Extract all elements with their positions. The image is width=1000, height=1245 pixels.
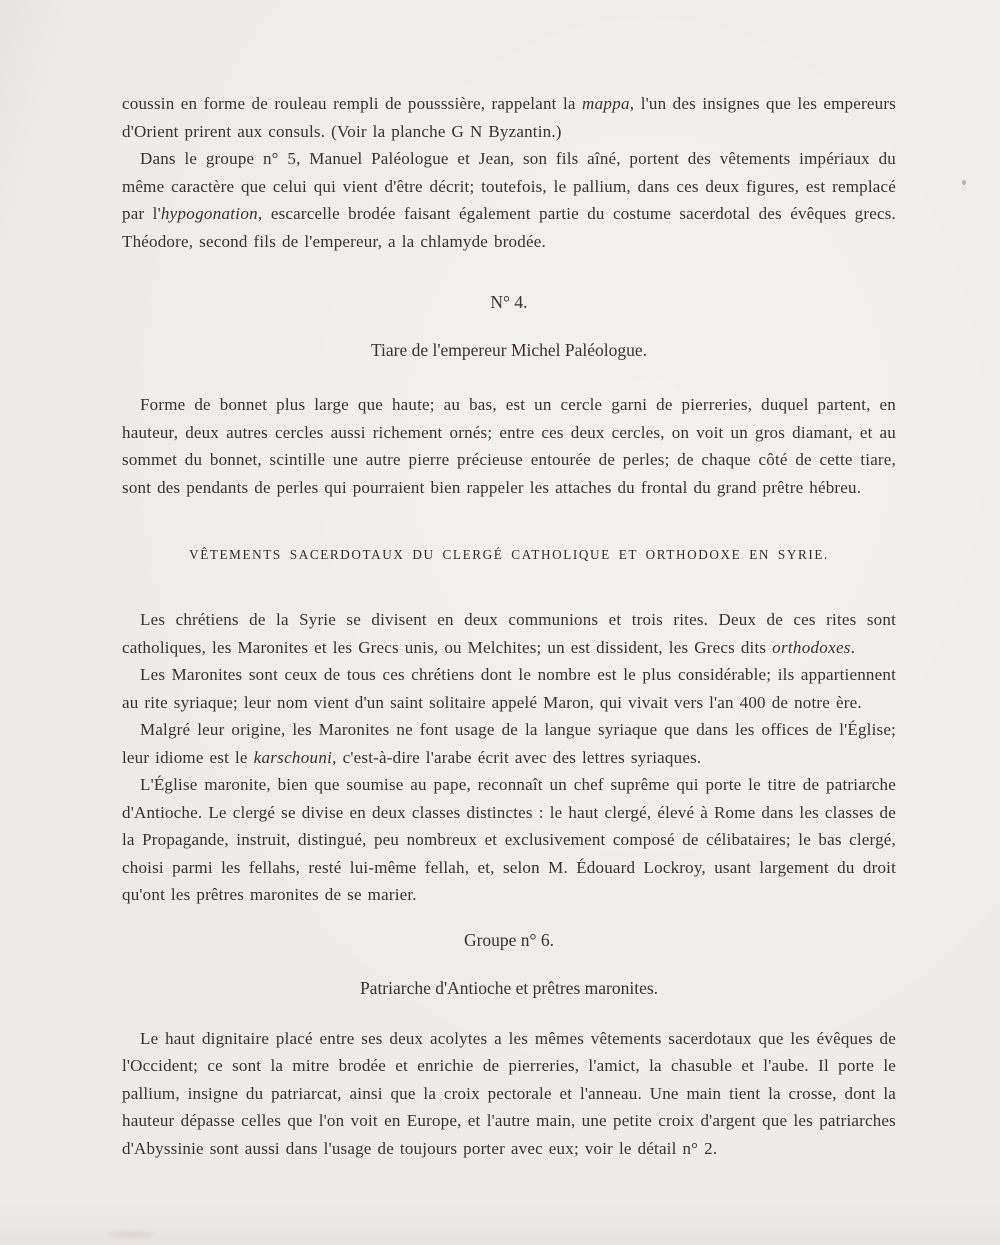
section-heading-vetements: VÊTEMENTS SACERDOTAUX DU CLERGÉ CATHOLIQ… <box>122 546 896 564</box>
paragraph-text: . <box>851 638 855 657</box>
scan-smudge <box>108 1232 154 1238</box>
subheading-tiare: Tiare de l'empereur Michel Paléologue. <box>122 337 896 364</box>
text-column: coussin en forme de rouleau rempli de po… <box>122 0 896 1162</box>
italic-term-hypogonation: hypogonation, <box>161 204 263 223</box>
paragraph-text: c'est-à-dire l'arabe écrit avec des lett… <box>337 748 702 767</box>
number-heading-groupe6: Groupe n° 6. <box>122 927 896 954</box>
subheading-patriarche: Patriarche d'Antioche et prêtres maronit… <box>122 975 896 1002</box>
paragraph-mappa: coussin en forme de rouleau rempli de po… <box>122 90 896 145</box>
paragraph-text: coussin en forme de rouleau rempli de po… <box>122 94 582 113</box>
number-heading-no4: N° 4. <box>122 289 896 316</box>
scanned-book-page: coussin en forme de rouleau rempli de po… <box>0 0 1000 1245</box>
paragraph-groupe5: Dans le groupe n° 5, Manuel Paléologue e… <box>122 145 896 255</box>
paragraph-maronites: Les Maronites sont ceux de tous ces chré… <box>122 661 896 716</box>
italic-term-karschouni: karschouni, <box>254 748 337 767</box>
paragraph-karschouni: Malgré leur origine, les Maronites ne fo… <box>122 716 896 771</box>
scan-speck <box>962 180 966 185</box>
paragraph-dignitaire: Le haut dignitaire placé entre ses deux … <box>122 1025 896 1163</box>
italic-term-orthodoxes: orthodoxes <box>772 638 851 657</box>
paragraph-chretiens: Les chrétiens de la Syrie se divisent en… <box>122 606 896 661</box>
paragraph-eglise: L'Église maronite, bien que soumise au p… <box>122 771 896 909</box>
paragraph-tiare: Forme de bonnet plus large que haute; au… <box>122 391 896 501</box>
italic-term-mappa: mappa, <box>582 94 634 113</box>
